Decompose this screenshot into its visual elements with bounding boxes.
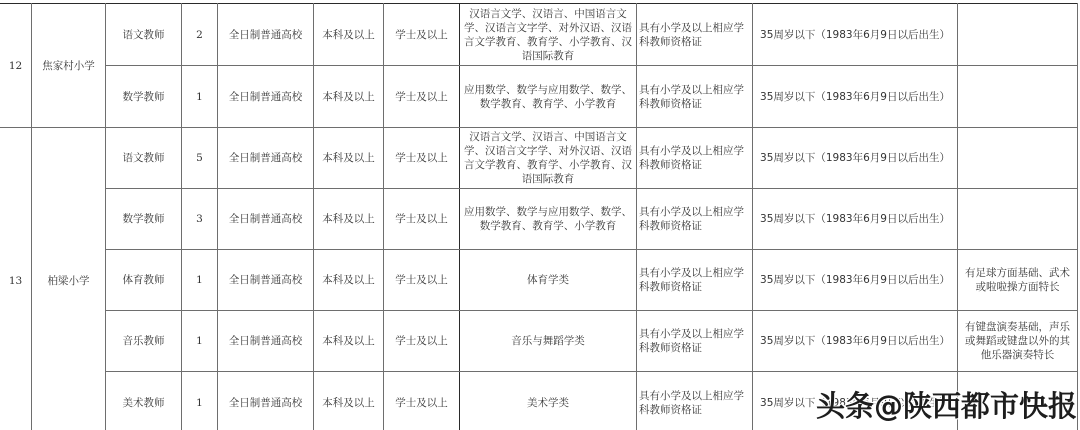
major-cell: 汉语言文学、汉语言、中国语言文学、汉语言文字学、对外汉语、汉语言文学教育、教育学… [460, 128, 637, 189]
row-index: 12 [0, 4, 32, 128]
certificate-cell: 具有小学及以上相应学科教师资格证 [637, 372, 753, 430]
position-cell: 体育教师 [106, 250, 182, 311]
degree-cell: 学士及以上 [384, 250, 460, 311]
other-requirement-cell [958, 189, 1078, 250]
table-row: 数学教师 1 全日制普通高校 本科及以上 学士及以上 应用数学、数学与应用数学、… [0, 66, 1078, 128]
count-cell: 1 [182, 311, 218, 372]
table-row: 音乐教师 1 全日制普通高校 本科及以上 学士及以上 音乐与舞蹈学类 具有小学及… [0, 311, 1078, 372]
age-cell: 35周岁以下（1983年6月9日以后出生） [753, 4, 958, 66]
age-cell: 35周岁以下（1983年6月9日以后出生） [753, 311, 958, 372]
other-requirement-cell: 有足球方面基础、武术或啦啦操方面特长 [958, 250, 1078, 311]
degree-cell: 学士及以上 [384, 311, 460, 372]
education-level-cell: 本科及以上 [314, 4, 384, 66]
source-watermark: 头条@陕西都市快报 [816, 384, 1077, 425]
count-cell: 3 [182, 189, 218, 250]
education-level-cell: 本科及以上 [314, 250, 384, 311]
other-requirement-cell [958, 128, 1078, 189]
school-name: 焦家村小学 [32, 4, 106, 128]
education-type-cell: 全日制普通高校 [218, 250, 314, 311]
certificate-cell: 具有小学及以上相应学科教师资格证 [637, 4, 753, 66]
school-name: 柏梁小学 [32, 128, 106, 430]
count-cell: 1 [182, 372, 218, 430]
education-type-cell: 全日制普通高校 [218, 311, 314, 372]
table-row: 体育教师 1 全日制普通高校 本科及以上 学士及以上 体育学类 具有小学及以上相… [0, 250, 1078, 311]
degree-cell: 学士及以上 [384, 66, 460, 128]
table-row: 12 焦家村小学 语文教师 2 全日制普通高校 本科及以上 学士及以上 汉语言文… [0, 4, 1078, 66]
age-cell: 35周岁以下（1983年6月9日以后出生） [753, 128, 958, 189]
position-cell: 音乐教师 [106, 311, 182, 372]
degree-cell: 学士及以上 [384, 189, 460, 250]
certificate-cell: 具有小学及以上相应学科教师资格证 [637, 311, 753, 372]
position-cell: 美术教师 [106, 372, 182, 430]
major-cell: 音乐与舞蹈学类 [460, 311, 637, 372]
position-cell: 语文教师 [106, 128, 182, 189]
education-level-cell: 本科及以上 [314, 311, 384, 372]
age-cell: 35周岁以下（1983年6月9日以后出生） [753, 189, 958, 250]
education-type-cell: 全日制普通高校 [218, 66, 314, 128]
degree-cell: 学士及以上 [384, 4, 460, 66]
major-cell: 美术学类 [460, 372, 637, 430]
position-cell: 数学教师 [106, 189, 182, 250]
position-cell: 语文教师 [106, 4, 182, 66]
position-cell: 数学教师 [106, 66, 182, 128]
other-requirement-cell [958, 4, 1078, 66]
major-cell: 汉语言文学、汉语言、中国语言文学、汉语言文字学、对外汉语、汉语言文学教育、教育学… [460, 4, 637, 66]
certificate-cell: 具有小学及以上相应学科教师资格证 [637, 189, 753, 250]
age-cell: 35周岁以下（1983年6月9日以后出生） [753, 250, 958, 311]
degree-cell: 学士及以上 [384, 372, 460, 430]
recruitment-table: 12 焦家村小学 语文教师 2 全日制普通高校 本科及以上 学士及以上 汉语言文… [0, 3, 1078, 430]
education-level-cell: 本科及以上 [314, 372, 384, 430]
education-level-cell: 本科及以上 [314, 189, 384, 250]
count-cell: 2 [182, 4, 218, 66]
count-cell: 1 [182, 66, 218, 128]
age-cell: 35周岁以下（1983年6月9日以后出生） [753, 66, 958, 128]
count-cell: 5 [182, 128, 218, 189]
certificate-cell: 具有小学及以上相应学科教师资格证 [637, 128, 753, 189]
major-cell: 应用数学、数学与应用数学、数学、数学教育、教育学、小学教育 [460, 189, 637, 250]
education-level-cell: 本科及以上 [314, 66, 384, 128]
major-cell: 体育学类 [460, 250, 637, 311]
row-index: 13 [0, 128, 32, 430]
other-requirement-cell: 有键盘演奏基础，声乐或舞蹈或键盘以外的其他乐器演奏特长 [958, 311, 1078, 372]
table-row: 数学教师 3 全日制普通高校 本科及以上 学士及以上 应用数学、数学与应用数学、… [0, 189, 1078, 250]
education-type-cell: 全日制普通高校 [218, 372, 314, 430]
other-requirement-cell [958, 66, 1078, 128]
degree-cell: 学士及以上 [384, 128, 460, 189]
education-level-cell: 本科及以上 [314, 128, 384, 189]
education-type-cell: 全日制普通高校 [218, 4, 314, 66]
certificate-cell: 具有小学及以上相应学科教师资格证 [637, 66, 753, 128]
major-cell: 应用数学、数学与应用数学、数学、数学教育、教育学、小学教育 [460, 66, 637, 128]
education-type-cell: 全日制普通高校 [218, 189, 314, 250]
count-cell: 1 [182, 250, 218, 311]
certificate-cell: 具有小学及以上相应学科教师资格证 [637, 250, 753, 311]
table-row: 13 柏梁小学 语文教师 5 全日制普通高校 本科及以上 学士及以上 汉语言文学… [0, 128, 1078, 189]
education-type-cell: 全日制普通高校 [218, 128, 314, 189]
